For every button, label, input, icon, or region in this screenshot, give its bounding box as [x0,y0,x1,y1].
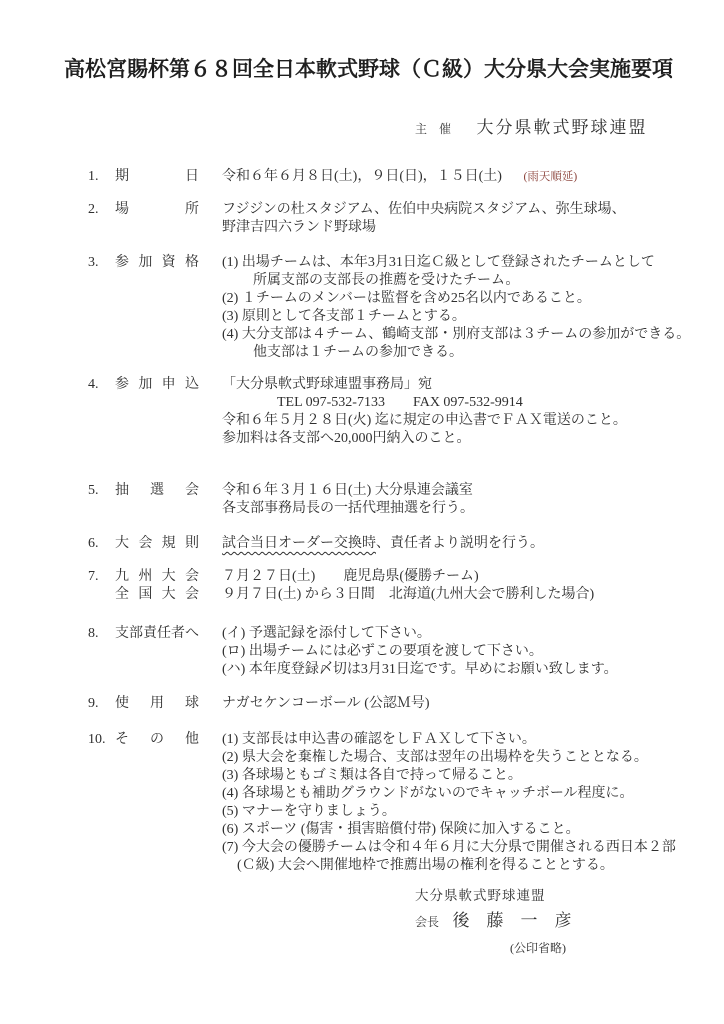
item-label: 期日 [115,168,199,186]
national-text: ９月７日(土) から３日間 北海道(九州大会で勝利した場合) [222,586,594,604]
ball-line: ナガセケンコーボール (公認Ｍ号) [222,695,660,713]
item-others: 10. その他 (1) 支部長は申込書の確認をしＦＡＸして下さい。 (2) 県大… [88,731,660,875]
application-line: 参加料は各支部へ20,000円納入のこと。 [222,430,660,448]
item-label: 場所 [115,201,199,237]
lottery-line: 各支部事務局長の一括代理抽選を行う。 [222,500,660,518]
item-label: 抽選会 [115,482,199,518]
item-label: 参加資格 [115,254,199,362]
eligibility-line: 他支部は１チームの参加できる。 [222,344,690,362]
rules-rest-text: 、責任者より説明を行う。 [376,536,544,551]
others-line: (1) 支部長は申込書の確認をしＦＡＸして下さい。 [222,731,676,749]
venue-line: 野津吉四六ランド野球場 [222,219,660,237]
others-line: (4) 各球場とも補助グラウンドがないのでキャッチボール程度に。 [222,785,676,803]
kyushu-row: 九州大会 ７月２７日(土) 鹿児島県(優勝チーム) [115,568,660,586]
item-number: 9. [88,695,115,713]
national-row: 全国大会 ９月７日(土) から３日間 北海道(九州大会で勝利した場合) [115,586,660,604]
page-title: 高松宮賜杯第６８回全日本軟式野球（Ｃ級）大分県大会実施要項 [64,55,660,83]
others-line: (2) 県大会を棄権した場合、支部は翌年の出場枠を失うこととなる。 [222,749,676,767]
item-rules: 6. 大会規則 試合当日オーダー交換時、責任者より説明を行う。 [88,535,660,553]
item-label: 九州大会 [115,568,199,586]
item-venue: 2. 場所 フジジンの杜スタジアム、佐伯中央病院スタジアム、弥生球場、 野津吉四… [88,201,660,237]
item-label: 支部責任者へ [115,625,199,679]
others-line: (5) マナーを守りましょう。 [222,803,676,821]
item-label: 参加申込 [115,376,199,448]
item-number: 6. [88,535,115,553]
application-line: 令和６年５月２８日(火) 迄に規定の申込書でＦＡＸ電送のこと。 [222,412,660,430]
item-eligibility: 3. 参加資格 (1) 出場チームは、本年3月31日迄Ｃ級として登録されたチーム… [88,254,660,362]
branch-line: (イ) 予選記録を添付して下さい。 [222,625,660,643]
item-lottery: 5. 抽選会 令和６年３月１６日(土) 大分県連会議室 各支部事務局長の一括代理… [88,482,660,518]
organizer-name: 大分県軟式野球連盟 [477,118,648,137]
item-number: 7. [88,568,115,604]
item-label: 全国大会 [115,586,199,604]
item-date: 1. 期日 令和６年６月８日(土)，９日(日)，１５日(土) (雨天順延) [88,168,660,186]
item-label: その他 [115,731,199,875]
item-number: 1. [88,168,115,186]
item-number: 4. [88,376,115,448]
rules-underlined-text: 試合当日オーダー交換時 [222,536,376,551]
branch-line: (ロ) 出場チームには必ずこの要項を渡して下さい。 [222,643,660,661]
item-label: 大会規則 [115,535,199,553]
kyushu-text: ７月２７日(土) 鹿児島県(優勝チーム) [222,568,479,586]
signature-line: 会長 後藤一彦 [415,909,660,935]
item-label: 使用球 [115,695,199,713]
signature-name: 後藤一彦 [453,911,589,930]
item-kyushu-national: 7. 九州大会 ７月２７日(土) 鹿児島県(優勝チーム) 全国大会 ９月７日(土… [88,568,660,604]
eligibility-line: (4) 大分支部は４チーム、鶴崎支部・別府支部は３チームの参加ができる。 [222,326,690,344]
organizer-label: 主 催 [415,122,451,136]
date-line: 令和６年６月８日(土)，９日(日)，１５日(土) (雨天順延) [222,168,660,186]
venue-line: フジジンの杜スタジアム、佐伯中央病院スタジアム、弥生球場、 [222,201,660,219]
document-body: 高松宮賜杯第６８回全日本軟式野球（Ｃ級）大分県大会実施要項 主 催 大分県軟式野… [88,55,660,956]
item-number: 3. [88,254,115,362]
item-number: 5. [88,482,115,518]
others-line: (6) スポーツ (傷害・損害賠償付帯) 保険に加入すること。 [222,821,676,839]
item-branch-managers: 8. 支部責任者へ (イ) 予選記録を添付して下さい。 (ロ) 出場チームには必… [88,625,660,679]
item-number: 10. [88,731,115,875]
document-page: 高松宮賜杯第６８回全日本軟式野球（Ｃ級）大分県大会実施要項 主 催 大分県軟式野… [0,0,724,1024]
signature-organization: 大分県軟式野球連盟 [415,887,660,905]
eligibility-line: (1) 出場チームは、本年3月31日迄Ｃ級として登録されたチームとして [222,254,690,272]
application-line: 「大分県軟式野球連盟事務局」宛 [222,376,660,394]
rules-line: 試合当日オーダー交換時、責任者より説明を行う。 [222,535,660,553]
rain-postpone-note: (雨天順延) [523,171,577,183]
item-number: 2. [88,201,115,237]
eligibility-line: (2) １チームのメンバーは監督を含め25名以内であること。 [222,290,690,308]
eligibility-line: (3) 原則として各支部１チームとする。 [222,308,690,326]
lottery-line: 令和６年３月１６日(土) 大分県連会議室 [222,482,660,500]
others-line: (3) 各球場ともゴミ類は各自で持って帰ること。 [222,767,676,785]
eligibility-line: 所属支部の支部長の推薦を受けたチーム。 [222,272,690,290]
signature-role: 会長 [415,915,439,929]
organizer-line: 主 催 大分県軟式野球連盟 [415,116,660,142]
item-application: 4. 参加申込 「大分県軟式野球連盟事務局」宛 TEL 097-532-7133… [88,376,660,448]
others-line: (Ｃ級) 大会へ開催地枠で推薦出場の権利を得ることとする。 [222,857,676,875]
date-text: 令和６年６月８日(土)，９日(日)，１５日(土) [222,169,502,184]
branch-line: (ハ) 本年度登録〆切は3月31日迄です。早めにお願い致します。 [222,661,660,679]
others-line: (7) 今大会の優勝チームは令和４年６月に大分県で開催される西日本２部 [222,839,676,857]
tel-fax-line: TEL 097-532-7133 FAX 097-532-9914 [222,394,660,412]
item-number: 8. [88,625,115,679]
signature-block: 大分県軟式野球連盟 会長 後藤一彦 (公印省略) [415,887,660,956]
seal-omitted-note: (公印省略) [510,940,660,956]
item-ball: 9. 使用球 ナガセケンコーボール (公認Ｍ号) [88,695,660,713]
